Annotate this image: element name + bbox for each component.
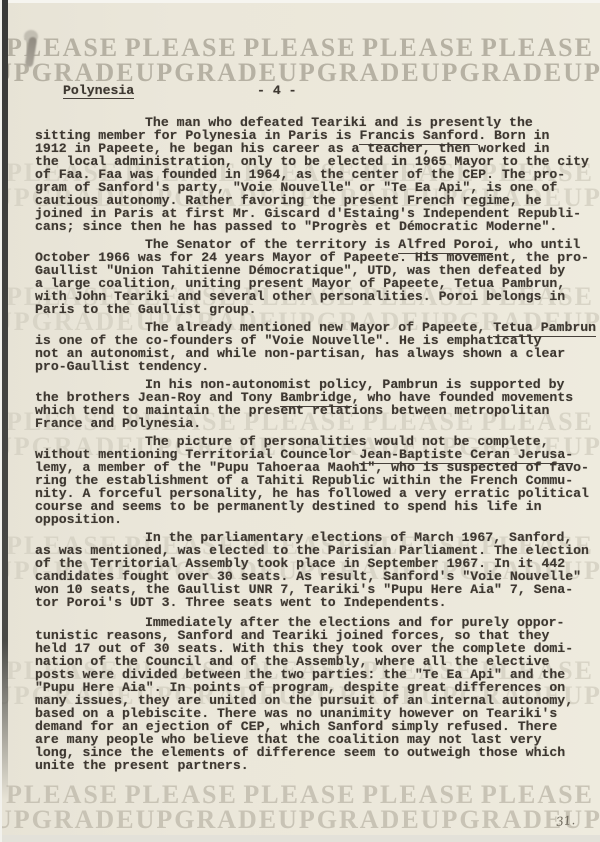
text-line: opposition. [35,513,591,526]
paragraph: In his non-autonomist policy, Pambrun is… [35,378,591,430]
watermark-row: PLEASEPLEASEPLEASEPLEASEPLEASE [0,782,600,807]
page-heading: Polynesia [63,84,134,99]
page-number: - 4 - [257,84,297,97]
watermark-row: PLEASEPLEASEPLEASEPLEASEPLEASE [0,35,600,60]
text-segment: pro-Gaullist tendency. [35,359,209,374]
body-text: The man who defeated Teariki and is pres… [35,116,591,772]
staple-mark [22,28,46,73]
watermark-word: UPGRADE [136,60,279,85]
watermark-word: UPGRADE [563,60,600,85]
text-segment: Paris to the Gaullist group. [35,302,257,317]
handwritten-page-number: 31. [555,813,575,829]
scan-edge-bottom [0,835,600,842]
paragraph: In the parliamentary elections of March … [35,531,591,609]
text-segment: unite the present partners. [35,758,249,773]
text-segment: tor Poroi's UDT 3. Three seats went to I… [35,595,447,610]
text-line: cans; since then he has passed to "Progr… [35,220,591,233]
watermark-row: UPGRADEUPGRADEUPGRADEUPGRADEUPGRADE [0,60,600,85]
watermark-word: UPGRADE [421,807,564,832]
watermark-word: PLEASE [481,782,594,807]
text-line: tor Poroi's UDT 3. Three seats went to I… [35,596,591,609]
text-line: unite the present partners. [35,759,591,772]
watermark-word: UPGRADE [278,807,421,832]
watermark-word: UPGRADE [0,807,136,832]
text-line: France and Polynesia. [35,417,591,430]
watermark-word: UPGRADE [278,60,421,85]
watermark-word: UPGRADE [421,60,564,85]
watermark-word: UPGRADE [136,807,279,832]
watermark-word: UPGRADE [0,60,136,85]
text-segment: opposition. [35,512,122,527]
watermark-band: PLEASEPLEASEPLEASEPLEASEPLEASEUPGRADEUPG… [0,35,600,85]
paragraph: The Senator of the territory is Alfred P… [35,238,591,316]
text-line: pro-Gaullist tendency. [35,360,591,373]
watermark-word: PLEASE [362,782,475,807]
header-row: Polynesia - 4 - [35,84,591,97]
paragraph: The picture of personalities would not b… [35,435,591,526]
scan-edge-top [0,0,600,3]
typed-content: Polynesia - 4 - The man who defeated Tea… [35,84,591,777]
paragraph: The already mentioned new Mayor of Papee… [35,321,591,373]
watermark-word: PLEASE [243,35,356,60]
watermark-word: PLEASE [362,35,475,60]
text-segment: France and Polynesia. [35,416,201,431]
watermark-word: PLEASE [243,782,356,807]
paragraph: Immediately after the elections and for … [35,616,591,772]
watermark-band: PLEASEPLEASEPLEASEPLEASEPLEASEUPGRADEUPG… [0,782,600,832]
paragraph: The man who defeated Teariki and is pres… [35,116,591,233]
watermark-word: PLEASE [481,35,594,60]
scan-edge-left-dark [2,0,8,800]
watermark-row: UPGRADEUPGRADEUPGRADEUPGRADEUPGRADE [0,807,600,832]
watermark-word: PLEASE [6,782,119,807]
text-line: Paris to the Gaullist group. [35,303,591,316]
watermark-word: PLEASE [125,35,238,60]
watermark-word: PLEASE [125,782,238,807]
text-segment: cans; since then he has passed to "Progr… [35,219,557,234]
